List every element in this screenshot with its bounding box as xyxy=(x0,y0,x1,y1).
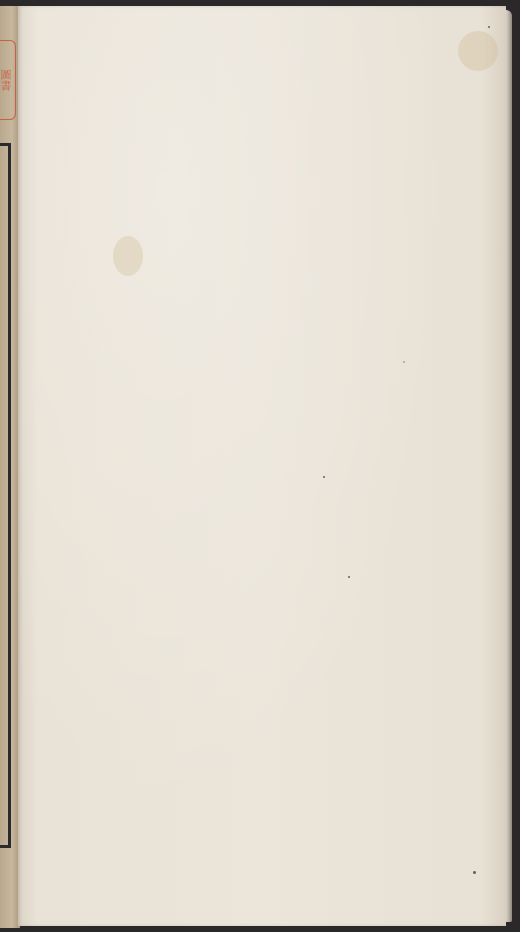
paper-speck xyxy=(473,871,476,874)
paper-speck xyxy=(348,576,350,578)
book-scan: 圖書 xyxy=(0,0,520,932)
paper-speck xyxy=(323,476,325,478)
paper-stain xyxy=(113,236,143,276)
red-seal-stamp: 圖書 xyxy=(0,40,16,120)
paper-stain xyxy=(458,31,498,71)
printed-border-frame xyxy=(0,143,11,848)
blank-page xyxy=(18,6,506,926)
paper-speck xyxy=(488,26,490,28)
paper-speck xyxy=(403,361,405,363)
